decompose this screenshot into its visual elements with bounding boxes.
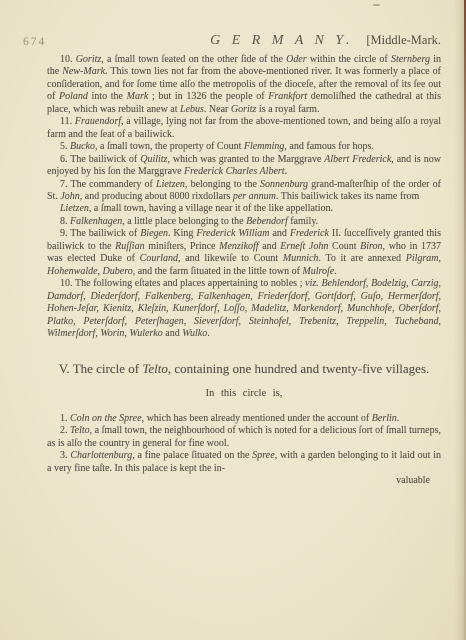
- text-run: . Near: [204, 104, 231, 115]
- text-run: . To it are annexed: [318, 253, 405, 264]
- italic-text-run: Berlin: [372, 413, 397, 424]
- paragraph: 10. The following eſtates and places app…: [47, 278, 441, 340]
- entry-list-telto: 1. Coln on the Spree, which has been alr…: [47, 413, 441, 475]
- italic-text-run: Goritz: [76, 54, 102, 65]
- text-run: , a fine palace ſituated on the: [132, 450, 252, 461]
- text-run: miniſters, Prince: [145, 241, 220, 252]
- text-run: 5.: [60, 141, 70, 152]
- italic-text-run: Frederick Charles Albert: [184, 166, 285, 177]
- text-run: , a ſmall town, the neighbourhood of whi…: [47, 425, 441, 448]
- italic-text-run: Spree: [252, 450, 274, 461]
- italic-text-run: Falkenhagen: [70, 216, 122, 227]
- text-run: into the: [88, 91, 127, 102]
- italic-text-run: Bebendorf: [246, 216, 288, 227]
- text-run: ; but in 1326 the people of: [148, 91, 268, 102]
- paragraph: 10. Goritz, a ſmall town ſeated on the o…: [47, 54, 441, 116]
- text-run: , a ſmall town, the property of Count: [95, 141, 244, 152]
- text-run: , and famous for hops.: [284, 141, 373, 152]
- page-edge-shading: [454, 0, 466, 640]
- text-run: .: [397, 413, 400, 424]
- text-run: , which has been already mentioned under…: [142, 413, 372, 424]
- italic-text-run: Munnich: [283, 253, 319, 264]
- italic-text-run: Oder: [286, 54, 307, 65]
- italic-text-run: Frauendorf: [75, 116, 121, 127]
- text-run: , and the farm ſituated in the little to…: [133, 266, 303, 277]
- text-run: 7. The commandery of: [60, 179, 156, 190]
- paragraph: 9. The bailiwick of Biegen. King Frederi…: [47, 228, 441, 278]
- text-run: , and producing about 8000 rixdollars: [80, 191, 233, 202]
- italic-text-run: Quilitz: [140, 154, 167, 165]
- italic-text-run: Lebus: [180, 104, 204, 115]
- italic-text-run: Frederick: [290, 228, 329, 239]
- text-run: 1.: [60, 413, 70, 424]
- italic-text-run: Sonnenburg: [260, 179, 308, 190]
- text-run: ,: [439, 253, 442, 264]
- text-run: . King: [168, 228, 196, 239]
- italic-text-run: Erneſt John: [280, 241, 328, 252]
- running-header: G E R M A N Y. [Middle-Mark.: [47, 33, 441, 49]
- text-run: 9. The bailiwick of: [60, 228, 140, 239]
- paragraph: 6. The bailiwick of Quilitz, which was g…: [47, 154, 441, 179]
- text-run: , a little place belonging to the: [122, 216, 246, 227]
- text-run: is a royal farm.: [256, 104, 319, 115]
- italic-text-run: Hohenwalde: [47, 266, 98, 277]
- italic-text-run: Telto: [142, 361, 168, 376]
- text-run: 10.: [60, 54, 76, 65]
- italic-text-run: Charlottenburg: [70, 450, 132, 461]
- text-run: 8.: [60, 216, 70, 227]
- paragraph: Lietzen, a ſmall town, having a village …: [47, 203, 441, 215]
- paragraph: 5. Bucko, a ſmall town, the property of …: [47, 141, 441, 153]
- text-run: .: [207, 328, 210, 339]
- italic-text-run: Dubero: [103, 266, 133, 277]
- text-run: and: [270, 228, 290, 239]
- italic-text-run: Wulko: [182, 328, 207, 339]
- italic-text-run: Flemming: [244, 141, 285, 152]
- italic-text-run: Frankfort: [268, 91, 307, 102]
- italic-text-run: Biron: [360, 241, 382, 252]
- paper-speck: [373, 4, 380, 6]
- italic-text-run: per annum: [233, 191, 276, 202]
- italic-text-run: New-Mark: [62, 66, 105, 77]
- text-run: within the circle of: [307, 54, 391, 65]
- text-run: , a ſmall town ſeated on the other ſide …: [101, 54, 286, 65]
- italic-text-run: Albert Frederick: [324, 154, 391, 165]
- paragraph: 11. Frauendorf, a village, lying not far…: [47, 116, 441, 141]
- text-run: , and likewiſe to Count: [178, 253, 283, 264]
- book-page: 674 G E R M A N Y. [Middle-Mark. 10. Gor…: [0, 0, 466, 640]
- italic-text-run: Sternberg: [391, 54, 430, 65]
- running-header-section: [Middle-Mark.: [366, 33, 441, 48]
- italic-text-run: John: [60, 191, 79, 202]
- entry-list-lebus: 10. Goritz, a ſmall town ſeated on the o…: [47, 54, 441, 340]
- page-body-text: 10. Goritz, a ſmall town ſeated on the o…: [47, 54, 441, 488]
- italic-text-run: Lietzen: [156, 179, 185, 190]
- paragraph: 8. Falkenhagen, a little place belonging…: [47, 216, 441, 228]
- page-number: 674: [23, 36, 46, 48]
- italic-text-run: Frederick William: [196, 228, 269, 239]
- italic-text-run: Coln on the Spree: [70, 413, 142, 424]
- section-subheading: In this circle is,: [47, 388, 441, 400]
- italic-text-run: Ruſſian: [115, 241, 144, 252]
- section-heading-telto: V. The circle of Telto, containing one h…: [47, 361, 441, 377]
- text-run: 6. The bailiwick of: [60, 154, 140, 165]
- paragraph: 1. Coln on the Spree, which has been alr…: [47, 413, 441, 425]
- italic-text-run: Lietzen: [60, 203, 89, 214]
- italic-text-run: Poland: [59, 91, 88, 102]
- text-run: and: [163, 328, 182, 339]
- text-run: , containing one hundred and twenty-five…: [168, 361, 429, 376]
- text-run: 11.: [60, 116, 75, 127]
- text-run: .: [285, 166, 288, 177]
- italic-text-run: Biegen: [140, 228, 168, 239]
- text-run: V. The circle of: [59, 361, 143, 376]
- paragraph: 2. Telto, a ſmall town, the neighbourhoo…: [47, 425, 441, 450]
- text-run: 3.: [60, 450, 70, 461]
- text-run: .: [334, 266, 337, 277]
- text-run: , belonging to the: [185, 179, 260, 190]
- paragraph: 3. Charlottenburg, a fine palace ſituate…: [47, 450, 441, 475]
- text-run: , a ſmall town, having a village near it…: [89, 203, 333, 214]
- italic-text-run: Courland: [140, 253, 178, 264]
- italic-text-run: Mulroſe: [302, 266, 334, 277]
- italic-text-run: Pilgram: [406, 253, 439, 264]
- text-run: 2.: [60, 425, 70, 436]
- running-header-title: G E R M A N Y.: [210, 33, 353, 49]
- text-run: 10. The following eſtates and places app…: [60, 278, 305, 289]
- text-run: Count: [328, 241, 360, 252]
- italic-text-run: Mark: [127, 91, 149, 102]
- italic-text-run: Goritz: [231, 104, 257, 115]
- italic-text-run: Telto: [70, 425, 90, 436]
- italic-text-run: Menzikoff: [219, 241, 258, 252]
- catchword: valuable: [47, 475, 441, 487]
- text-run: family.: [288, 216, 318, 227]
- paragraph: 7. The commandery of Lietzen, belonging …: [47, 179, 441, 204]
- text-run: and: [259, 241, 281, 252]
- text-run: , which was granted to the Marggrave: [167, 154, 324, 165]
- text-run: . This bailiwick takes its name from: [276, 191, 419, 202]
- italic-text-run: Bucko: [70, 141, 95, 152]
